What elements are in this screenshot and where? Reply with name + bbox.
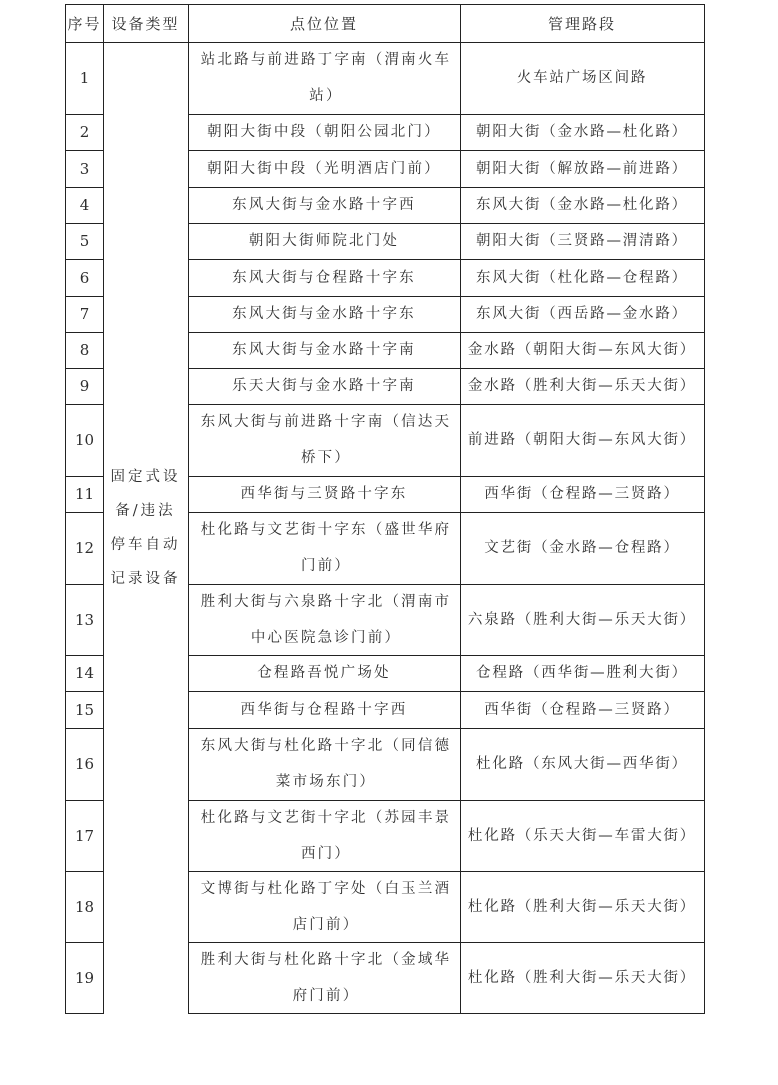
row-road-section-cell: 文艺街（金水路—仓程路） — [460, 512, 705, 585]
row-road-section-cell: 前进路（朝阳大街—东风大街） — [460, 404, 705, 477]
row-location-cell: 乐天大街与金水路十字南 — [188, 368, 461, 405]
device-type-text: 固定式设备/违法停车自动记录设备 — [110, 460, 182, 596]
row-index-cell: 1 — [65, 42, 104, 115]
row-index-cell: 7 — [65, 296, 104, 333]
row-location-cell: 东风大街与杜化路十字北（同信德菜市场东门） — [188, 728, 461, 801]
row-index-cell: 15 — [65, 691, 104, 729]
row-road-section-cell: 朝阳大街（三贤路—渭清路） — [460, 223, 705, 260]
row-road-section-cell: 杜化路（乐天大街—车雷大街） — [460, 800, 705, 872]
row-index-cell: 9 — [65, 368, 104, 405]
row-road-section-cell: 杜化路（东风大街—西华街） — [460, 728, 705, 801]
row-index-cell: 5 — [65, 223, 104, 260]
row-road-section-cell: 杜化路（胜利大街—乐天大街） — [460, 871, 705, 943]
row-index-cell: 17 — [65, 800, 104, 872]
row-index-cell: 4 — [65, 187, 104, 224]
header-index: 序号 — [65, 4, 104, 43]
row-index-cell: 2 — [65, 114, 104, 151]
row-road-section-cell: 东风大街（西岳路—金水路） — [460, 296, 705, 333]
device-type-merged-cell: 固定式设备/违法停车自动记录设备 — [103, 42, 189, 1013]
row-location-cell: 朝阳大街师院北门处 — [188, 223, 461, 260]
row-road-section-cell: 火车站广场区间路 — [460, 42, 705, 115]
row-index-cell: 18 — [65, 871, 104, 943]
row-road-section-cell: 仓程路（西华街—胜利大街） — [460, 655, 705, 692]
row-index-cell: 16 — [65, 728, 104, 801]
row-location-cell: 杜化路与文艺街十字北（苏园丰景西门） — [188, 800, 461, 872]
row-road-section-cell: 朝阳大街（解放路—前进路） — [460, 150, 705, 188]
row-location-cell: 东风大街与金水路十字东 — [188, 296, 461, 333]
row-location-cell: 西华街与三贤路十字东 — [188, 476, 461, 513]
row-index-cell: 12 — [65, 512, 104, 585]
row-road-section-cell: 西华街（仓程路—三贤路） — [460, 476, 705, 513]
row-index-cell: 3 — [65, 150, 104, 188]
row-index-cell: 19 — [65, 942, 104, 1014]
row-road-section-cell: 金水路（胜利大街—乐天大街） — [460, 368, 705, 405]
row-index-cell: 8 — [65, 332, 104, 369]
header-road-section: 管理路段 — [460, 4, 705, 43]
row-index-cell: 10 — [65, 404, 104, 477]
row-road-section-cell: 西华街（仓程路—三贤路） — [460, 691, 705, 729]
row-location-cell: 仓程路吾悦广场处 — [188, 655, 461, 692]
row-location-cell: 站北路与前进路丁字南（渭南火车站） — [188, 42, 461, 115]
row-road-section-cell: 六泉路（胜利大街—乐天大街） — [460, 584, 705, 656]
header-location: 点位位置 — [188, 4, 461, 43]
row-road-section-cell: 东风大街（杜化路—仓程路） — [460, 259, 705, 297]
row-location-cell: 胜利大街与六泉路十字北（渭南市中心医院急诊门前） — [188, 584, 461, 656]
row-index-cell: 6 — [65, 259, 104, 297]
row-index-cell: 11 — [65, 476, 104, 513]
row-location-cell: 杜化路与文艺街十字东（盛世华府门前） — [188, 512, 461, 585]
row-road-section-cell: 金水路（朝阳大街—东风大街） — [460, 332, 705, 369]
row-index-cell: 14 — [65, 655, 104, 692]
row-road-section-cell: 朝阳大街（金水路—杜化路） — [460, 114, 705, 151]
row-location-cell: 文博街与杜化路丁字处（白玉兰酒店门前） — [188, 871, 461, 943]
row-location-cell: 西华街与仓程路十字西 — [188, 691, 461, 729]
row-location-cell: 东风大街与金水路十字西 — [188, 187, 461, 224]
row-index-cell: 13 — [65, 584, 104, 656]
row-location-cell: 东风大街与仓程路十字东 — [188, 259, 461, 297]
row-location-cell: 胜利大街与杜化路十字北（金域华府门前） — [188, 942, 461, 1014]
row-road-section-cell: 杜化路（胜利大街—乐天大街） — [460, 942, 705, 1014]
row-location-cell: 东风大街与前进路十字南（信达天桥下） — [188, 404, 461, 477]
header-device-type: 设备类型 — [103, 4, 189, 43]
row-location-cell: 朝阳大街中段（光明酒店门前） — [188, 150, 461, 188]
row-road-section-cell: 东风大街（金水路—杜化路） — [460, 187, 705, 224]
row-location-cell: 东风大街与金水路十字南 — [188, 332, 461, 369]
row-location-cell: 朝阳大街中段（朝阳公园北门） — [188, 114, 461, 151]
